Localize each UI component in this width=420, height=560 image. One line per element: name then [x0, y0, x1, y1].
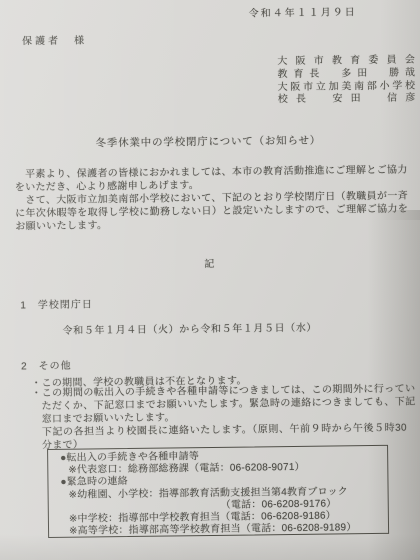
high-school-line: ※高等学校：指導部高等学校教育担当（電話：06-6208-9189） [61, 522, 388, 538]
contact-box: ●転出入の手続きや各種申請等 ※代表窓口：総務部総務課（電話：06-6208-9… [47, 445, 389, 538]
section2-heading: 2 その他 [21, 357, 72, 373]
addressee: 保護者 様 [22, 31, 87, 47]
sender-superintendent: 教育長 多田 勝哉 [277, 67, 415, 81]
issue-date: 令和４年１１月９日 [249, 3, 357, 19]
notice-paragraph: さて、大阪市立加美南部小学校において、下記のとおり学校閉庁日（教職員が一斉に年次… [15, 190, 408, 234]
closure-period: 令和５年１月４日（火）から令和５年１月５日（水） [62, 319, 317, 337]
document-photo: 令和４年１１月９日 保護者 様 大阪市教育委員会 教育長 多田 勝哉 大阪市立加… [0, 0, 420, 560]
record-marker: 記 [0, 252, 420, 272]
sender-principal: 校長 安田 信彦 [278, 93, 416, 107]
notice-document: 令和４年１１月９日 保護者 様 大阪市教育委員会 教育長 多田 勝哉 大阪市立加… [0, 0, 420, 560]
bullet-procedures: ・この期間の転出入の手続きや各種申請等につきましては、この期間外に行っていただく… [31, 382, 415, 426]
section1-heading: 1 学校閉庁日 [20, 295, 93, 311]
document-title: 冬季休業中の学校閉庁について（お知らせ） [0, 131, 418, 151]
sender-block: 大阪市教育委員会 教育長 多田 勝哉 大阪市立加美南部小学校 校長 安田 信彦 [277, 54, 416, 107]
